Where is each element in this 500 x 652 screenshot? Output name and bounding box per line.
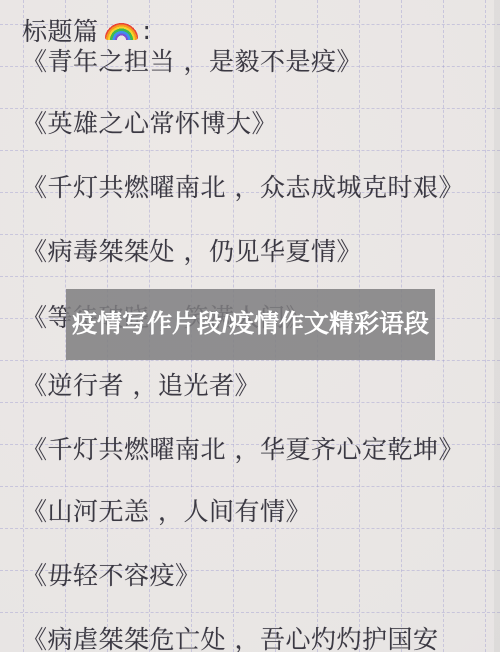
essay-title-line-9: 《毋轻不容疫》	[22, 556, 201, 592]
essay-title-line-4: 《病毒桀桀处 ，仍见华夏情》	[22, 232, 362, 268]
watermark-caption-text: 疫情写作片段/疫情作文精彩语段	[72, 308, 429, 341]
grid-line-horizontal	[0, 402, 500, 403]
essay-title-line-10: 《病虐桀桀危亡处 ，吾心灼灼护国安	[22, 620, 438, 652]
essay-title-line-3: 《千灯共燃曜南北 ，众志成城克时艰》	[22, 168, 464, 204]
section-title-colon: :	[143, 16, 152, 45]
page-right-edge-shade	[494, 0, 500, 652]
essay-title-line-7: 《千灯共燃曜南北 ，华夏齐心定乾坤》	[22, 430, 464, 466]
grid-line-horizontal	[0, 528, 500, 529]
grid-line-horizontal	[0, 276, 500, 277]
note-page: 标题篇 : 《青年之担当 ，是毅不是疫》 《英雄之心常怀博大》 《千灯共燃曜南北…	[0, 0, 500, 652]
grid-line-horizontal	[0, 486, 500, 487]
grid-line-vertical	[443, 0, 444, 652]
watermark-caption-banner: 疫情写作片段/疫情作文精彩语段	[66, 289, 435, 360]
grid-line-horizontal	[0, 150, 500, 151]
essay-title-line-2: 《英雄之心常怀博大》	[22, 104, 277, 140]
grid-line-horizontal	[0, 360, 500, 361]
essay-title-line-1: 《青年之担当 ，是毅不是疫》	[22, 42, 362, 78]
grid-line-vertical	[485, 0, 486, 652]
essay-title-line-8: 《山河无恙 ，人间有情》	[22, 492, 311, 528]
essay-title-line-6: 《逆行者 ，追光者》	[22, 366, 260, 402]
rainbow-icon	[105, 23, 138, 40]
grid-line-horizontal	[0, 612, 500, 613]
